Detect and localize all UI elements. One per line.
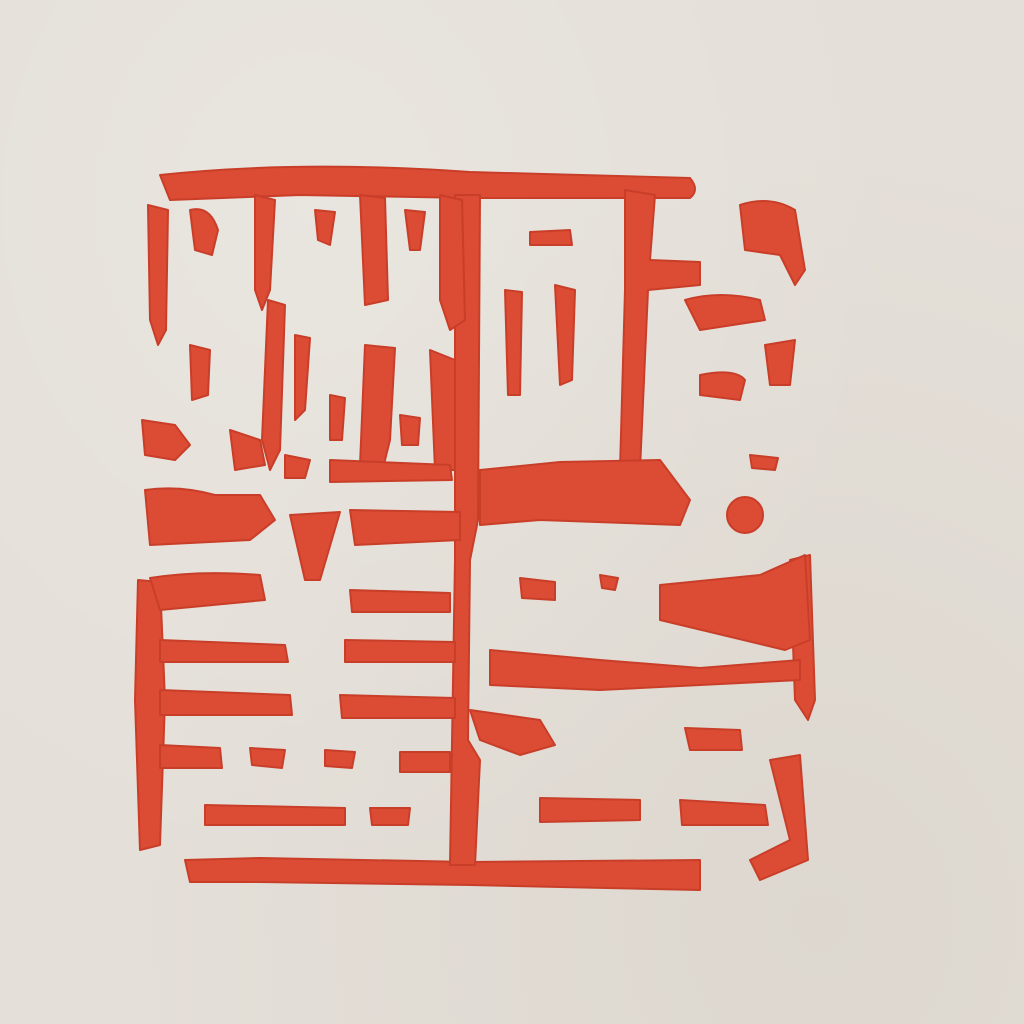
seal-impression <box>0 0 1024 1024</box>
